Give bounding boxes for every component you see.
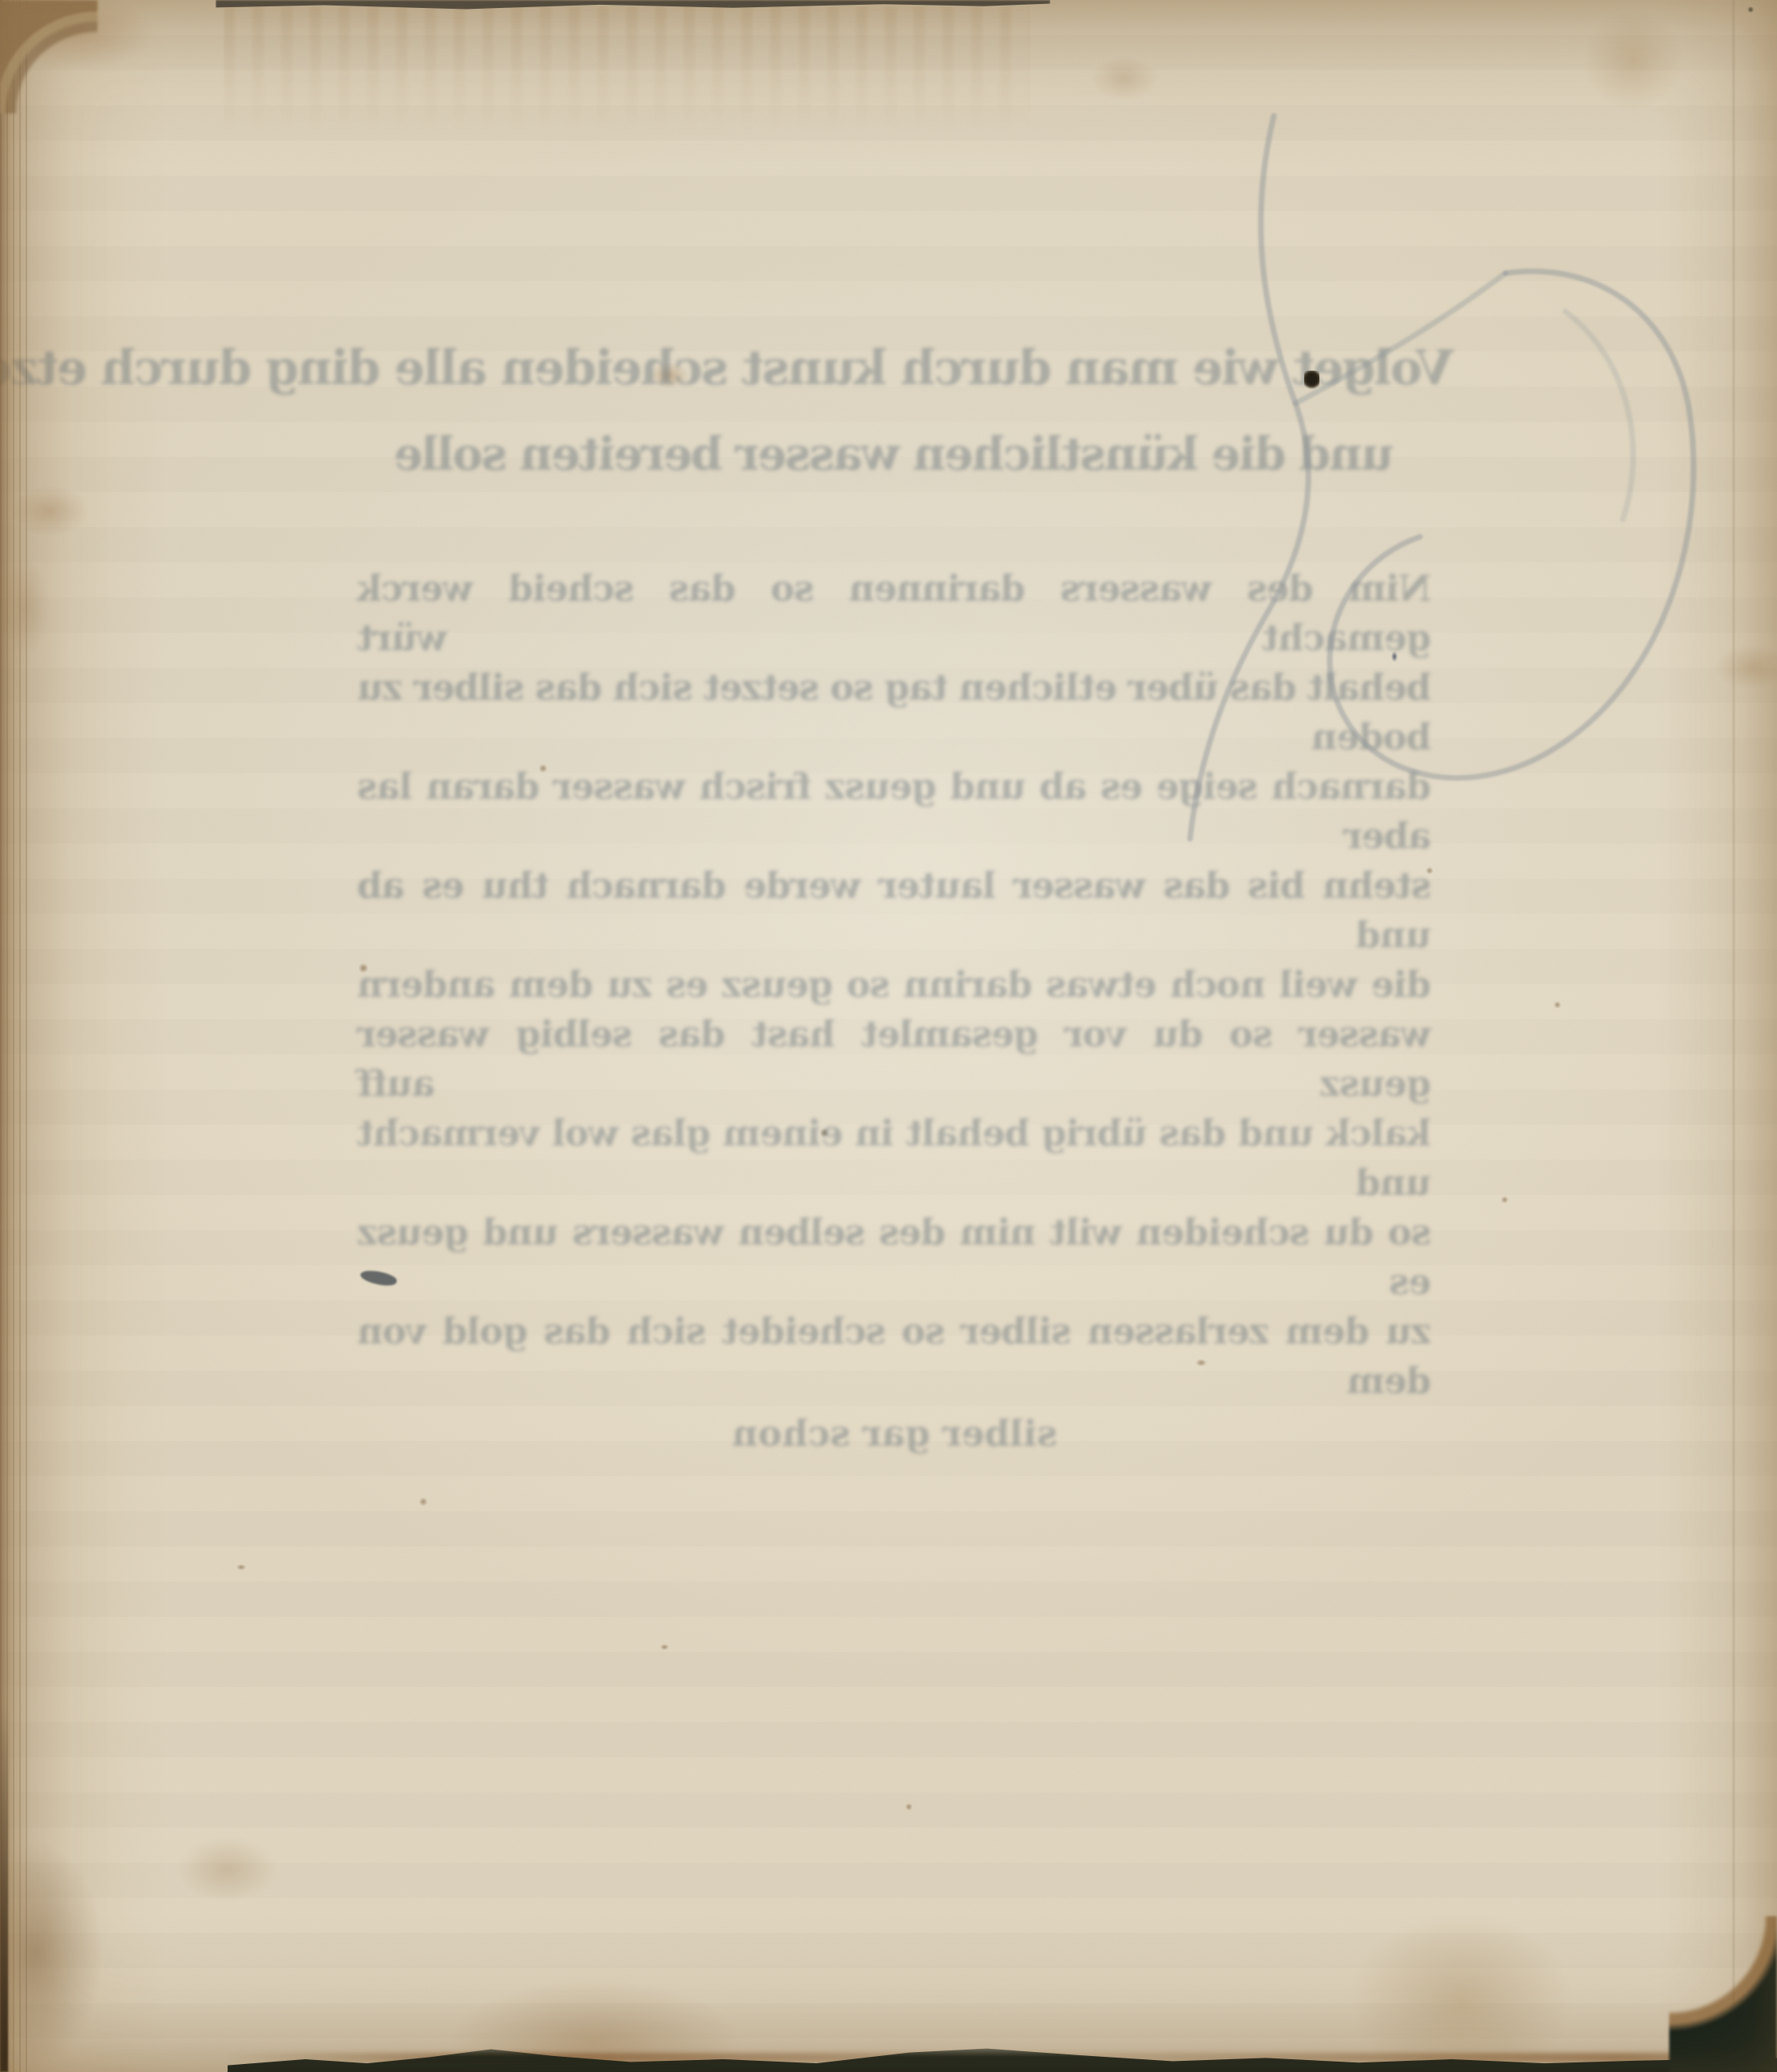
book-page-scan: Volget wie man durch kunst scheiden alle…	[0, 0, 1777, 2072]
paper-grain-overlay	[0, 0, 1777, 2072]
